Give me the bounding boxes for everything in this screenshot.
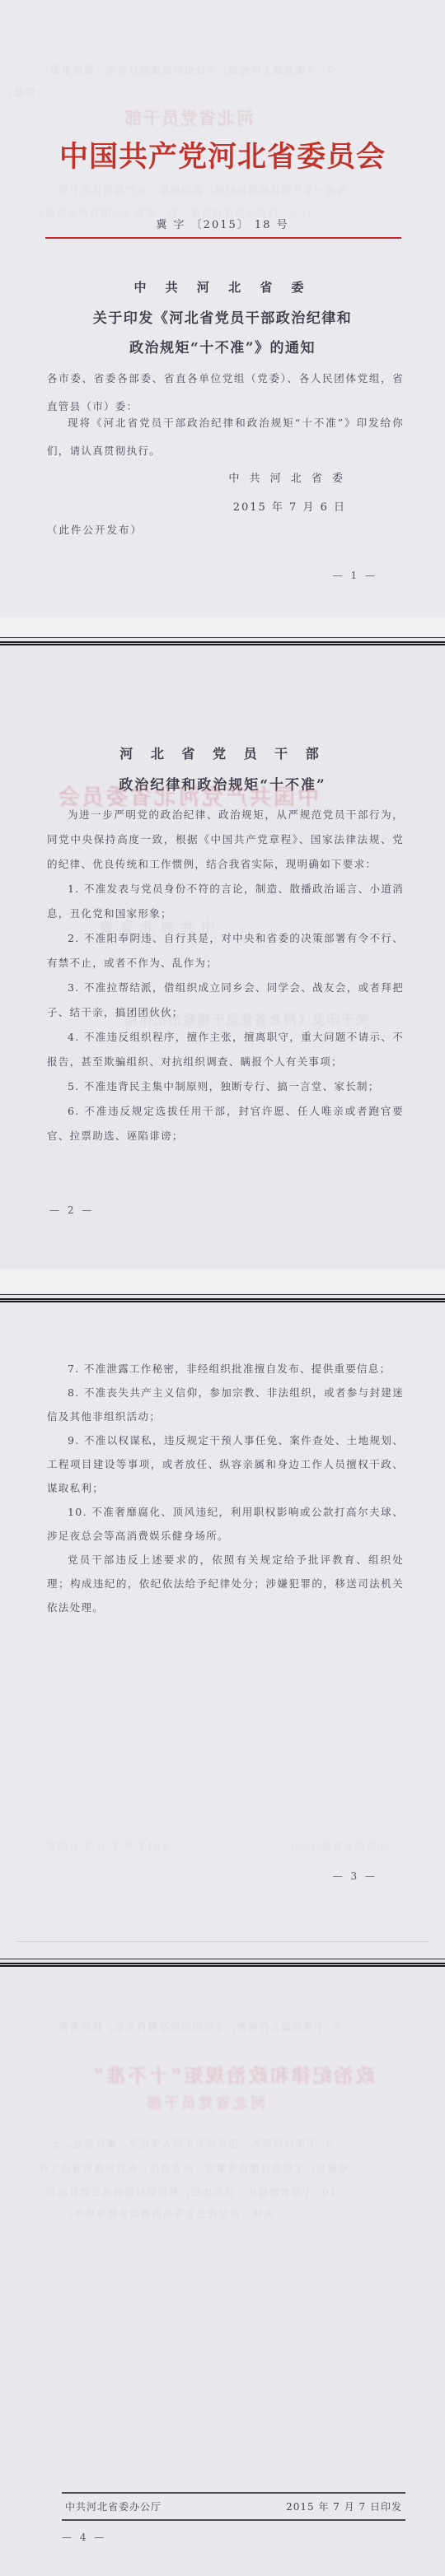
paragraph: 1. 不准发表与党员身份不符的言论，制造、散播政治谣言、小道消息，丑化党和国家形… [47,877,404,926]
notice-body-text: 现将《河北省党员干部政治纪律和政治规矩“十不准”》印发给你们，请认真贯彻执行。 [47,409,404,465]
bleedthrough-text: 10. 不准奢靡腐化、顶风违纪，利用职权影响或公款打高尔 [45,2185,336,2199]
page-edge-shadow [16,1941,429,1942]
page-number-2: — 2 — [49,1204,94,1216]
bleedthrough-title: 河北省党员干部 [144,2092,265,2113]
bleedthrough-title: 政治纪律和政治规矩“十不准” [91,2061,374,2088]
attachment-title-line2: 政治纪律和政治规矩“十不准” [0,773,445,794]
paragraph: 7. 不准泄露工作秘密，非经组织批准擅自发布、提供重要信息； [47,1357,404,1381]
page-edge-shadow [0,617,445,636]
party-committee-letterhead: 中国共产党河北省委员会 [0,134,445,175]
red-divider-rule [45,237,401,239]
public-release-note: （此件公开发布） [47,522,143,537]
page-number-3: — 3 — [333,1870,377,1882]
paragraph: 4. 不准违反组织程序，擅作主张，擅离职守，重大问题不请示、不报告，甚至欺骗组织… [47,1025,404,1074]
rules-body-items-7-10: 7. 不准泄露工作秘密，非经组织批准擅自发布、提供重要信息；8. 不准丧失共产主… [47,1357,404,1619]
page-separator [0,1293,445,1302]
bleedthrough-text: 为进一步严明党的政治纪律、政治规矩，从严规范党员干部 [58,183,347,197]
document-page-1: 7. 不准泄露工作秘密，非经组织批准擅自发布、提供重要 信息； 河北省党员干部 … [0,0,445,636]
attachment-title-line1: 河 北 省 党 员 干 部 [0,743,445,762]
paragraph: 党员干部违反上述要求的，依照有关规定给予批评教育、组织处理；构成违纪的，依纪依法… [47,1548,404,1619]
bleedthrough-text: 夫球、涉足夜总会等高消费娱乐健身场所。 [62,2206,274,2220]
paragraph: 5. 不准违背民主集中制原则，独断专行、搞一言堂、家长制； [47,1074,404,1099]
page-number-4: — 4 — [62,2532,106,2543]
signature-authority: 中 共 河 北 省 委 [228,469,346,485]
bleedthrough-text: 7. 不准泄露工作秘密，非经组织批准擅自发布、提供重要 [49,63,333,77]
print-date: 2015 年 7 月 7 日印发 [286,2499,402,2513]
paragraph: 9. 不准以权谋私，违反规定干预人事任免、案件查处、土地规划、工程项目建设等事项… [47,1428,404,1500]
bleedthrough-text: 9. 不准以权谋私，违反规定干预人事任免、案件查处、土 [49,2136,333,2150]
notice-title-line1: 关于印发《河北省党员干部政治纪律和 [0,306,445,327]
rules-body-items-1-6: 为进一步严明党的政治纪律、政治规矩，从严规范党员干部行为，同党中央保持高度一致，… [47,803,404,1148]
page-edge-shadow [0,1269,445,1293]
paragraph: 为进一步严明党的政治纪律、政治规矩，从严规范党员干部行为，同党中央保持高度一致，… [47,803,404,877]
page-separator [0,636,445,645]
issuing-authority-title: 中 共 河 北 省 委 [0,278,445,296]
notice-title-line2: 政治规矩“十不准”》的通知 [0,336,445,356]
document-page-4: 7. 不准泄露工作秘密，非经组织批准擅自发布、提供重要 政治纪律和政治规矩“十不… [0,1967,445,2576]
bleedthrough-text: 中共河北省委办公厅 [287,1839,387,1853]
bleedthrough-text: 河北省党员干部 [124,105,254,130]
document-page-3: 7. 不准泄露工作秘密，非经组织批准擅自发布、提供重要信息；8. 不准丧失共产主… [0,1302,445,1957]
page-separator [0,1957,445,1967]
page-number-1: — 1 — [333,570,377,581]
bleedthrough-text: 信息； [2,85,35,99]
bleedthrough-text: 地规划、工程项目建设等事项，或者放任、纵容亲属和身边工作 [37,2161,349,2175]
document-number: 冀 字 〔2015〕 18 号 [0,216,445,231]
bleedthrough-text: 2015 年 7 月 7 日印发 [45,1839,168,1853]
paragraph: 8. 不准丧失共产主义信仰，参加宗教、非法组织，或者参与封建迷信及其他非组织活动… [47,1381,404,1428]
paragraph: 10. 不准奢靡腐化、顶风违纪，利用职权影响或公款打高尔夫球、涉足夜总会等高消费… [47,1500,404,1548]
paragraph: 2. 不准阳奉阴违、自行其是，对中央和省委的决策部署有令不行、有禁不止，或者不作… [47,926,404,976]
paragraph: 3. 不准拉帮结派，借组织成立同乡会、同学会、战友会，或者拜把子、结干亲，搞团团… [47,976,404,1025]
bleedthrough-text: 7. 不准泄露工作秘密，非经组织批准擅自发布、提供重要 [58,2019,341,2033]
issuing-office: 中共河北省委办公厅 [65,2499,162,2513]
scanned-document: 7. 不准泄露工作秘密，非经组织批准擅自发布、提供重要 信息； 河北省党员干部 … [0,0,445,2576]
signature-date: 2015 年 7 月 6 日 [233,498,346,514]
notice-body: 现将《河北省党员干部政治纪律和政治规矩“十不准”》印发给你们，请认真贯彻执行。 [47,409,404,465]
document-page-2: 河 北 省 党 员 干 部 政治纪律和政治规矩“十不准” 中国共产党河北省委员会… [0,645,445,1293]
colophon-box: 中共河北省委办公厅 2015 年 7 月 7 日印发 [62,2492,405,2521]
paragraph: 6. 不准违反规定选拔任用干部，封官许愿、任人唯亲或者跑官要官、拉票助选、诬陷诽… [47,1099,404,1148]
